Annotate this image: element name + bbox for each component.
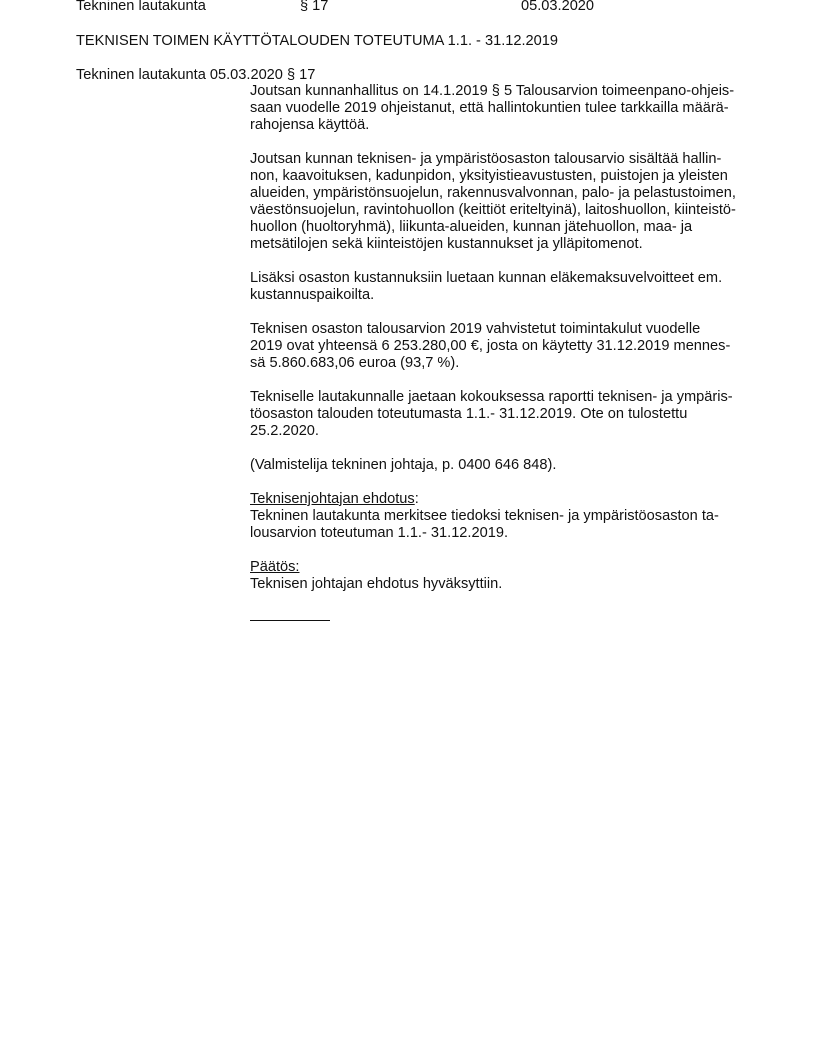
closing-divider <box>250 610 330 621</box>
text-line: sä 5.860.683,06 euroa (93,7 %). <box>250 355 750 372</box>
text-line: Joutsan kunnan teknisen- ja ympäristöosa… <box>250 151 750 168</box>
text-line: Joutsan kunnanhallitus on 14.1.2019 § 5 … <box>250 83 750 100</box>
proposal-heading-line: Teknisenjohtajan ehdotus: <box>250 491 750 508</box>
paragraph-budget-scope: Joutsan kunnan teknisen- ja ympäristöosa… <box>250 151 750 253</box>
text-line: Teknisen johtajan ehdotus hyväksyttiin. <box>250 576 750 593</box>
document-header: Tekninen lautakunta § 17 05.03.2020 <box>76 0 776 16</box>
text-line: saan vuodelle 2019 ohjeistanut, että hal… <box>250 100 750 117</box>
header-board-name: Tekninen lautakunta <box>76 0 206 14</box>
text-line: lousarvion toteutuman 1.1.- 31.12.2019. <box>250 525 750 542</box>
proposal-heading: Teknisenjohtajan ehdotus <box>250 491 415 507</box>
text-line: alueiden, ympäristönsuojelun, rakennusva… <box>250 185 750 202</box>
text-line: metsätilojen sekä kiinteistöjen kustannu… <box>250 236 750 253</box>
header-date: 05.03.2020 <box>521 0 594 14</box>
proposal-section: Teknisenjohtajan ehdotus: Tekninen lauta… <box>250 491 750 542</box>
paragraph-budget-figures: Teknisen osaston talousarvion 2019 vahvi… <box>250 321 750 372</box>
document-body: Joutsan kunnanhallitus on 14.1.2019 § 5 … <box>250 83 750 621</box>
paragraph-pension-costs: Lisäksi osaston kustannuksiin luetaan ku… <box>250 270 750 304</box>
proposal-heading-colon: : <box>415 491 419 507</box>
text-line: 2019 ovat yhteensä 6 253.280,00 €, josta… <box>250 338 750 355</box>
text-line: non, kaavoituksen, kadunpidon, yksityist… <box>250 168 750 185</box>
text-line: Teknisen osaston talousarvion 2019 vahvi… <box>250 321 750 338</box>
text-line: kustannuspaikoilta. <box>250 287 750 304</box>
text-line: huollon (huoltoryhmä), liikunta-alueiden… <box>250 219 750 236</box>
text-line: Tekninen lautakunta merkitsee tiedoksi t… <box>250 508 750 525</box>
text-line: töosaston talouden toteutumasta 1.1.- 31… <box>250 406 750 423</box>
header-section-number: § 17 <box>300 0 328 14</box>
meeting-reference: Tekninen lautakunta 05.03.2020 § 17 <box>76 67 315 83</box>
paragraph-budget-guidance: Joutsan kunnanhallitus on 14.1.2019 § 5 … <box>250 83 750 134</box>
text-line: rahojensa käyttöä. <box>250 117 750 134</box>
document-title: TEKNISEN TOIMEN KÄYTTÖTALOUDEN TOTEUTUMA… <box>76 33 558 49</box>
text-line: Lisäksi osaston kustannuksiin luetaan ku… <box>250 270 750 287</box>
text-line: 25.2.2020. <box>250 423 750 440</box>
decision-section: Päätös: Teknisen johtajan ehdotus hyväks… <box>250 559 750 593</box>
decision-heading: Päätös: <box>250 559 750 576</box>
text-line: (Valmistelija tekninen johtaja, p. 0400 … <box>250 457 750 474</box>
paragraph-report: Tekniselle lautakunnalle jaetaan kokouks… <box>250 389 750 440</box>
text-line: väestönsuojelun, ravintohuollon (keittiö… <box>250 202 750 219</box>
text-line: Tekniselle lautakunnalle jaetaan kokouks… <box>250 389 750 406</box>
paragraph-preparer: (Valmistelija tekninen johtaja, p. 0400 … <box>250 457 750 474</box>
